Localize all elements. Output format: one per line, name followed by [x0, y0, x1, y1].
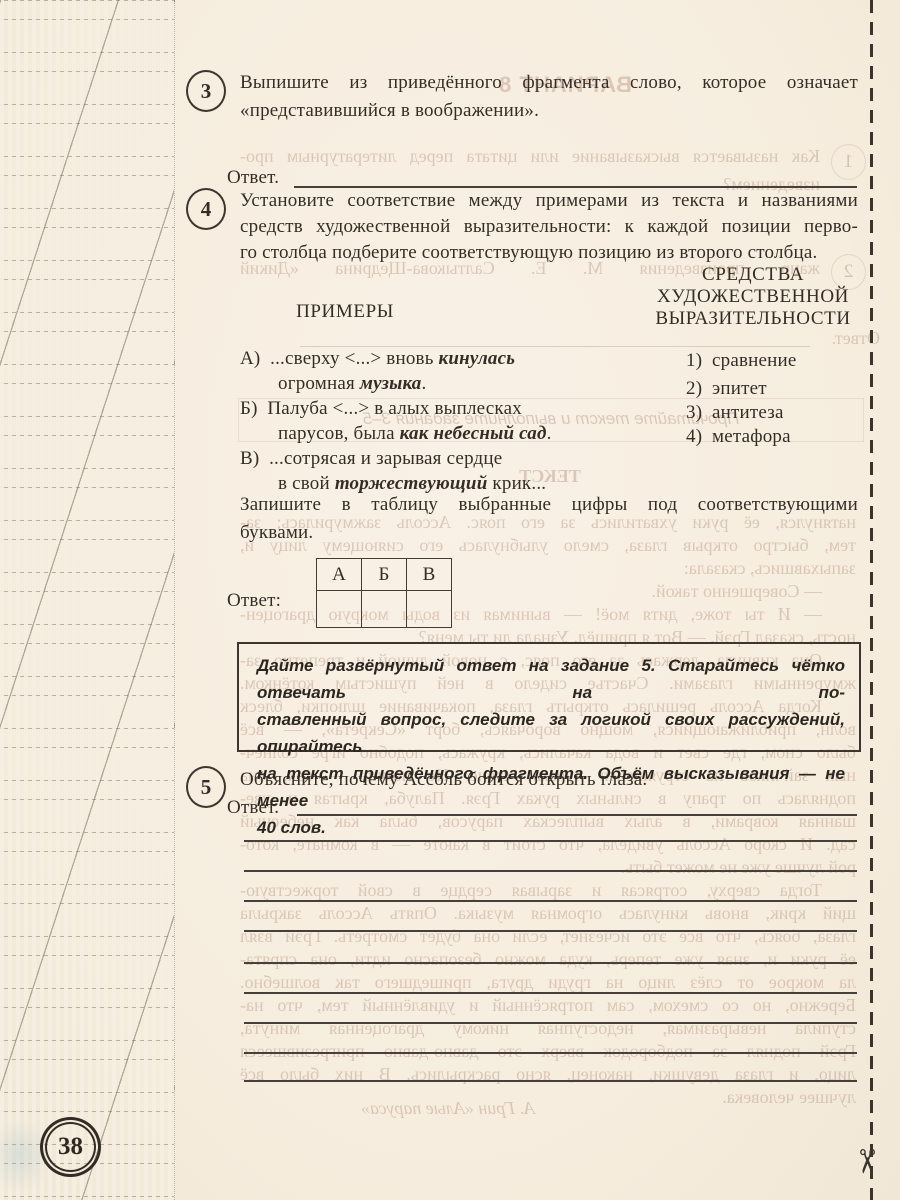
task-5-text: Объясните, почему Ассоль боится открыть … [240, 769, 858, 790]
task-4-instruction-line: буквами. [240, 522, 313, 543]
answer-table-header-cell: В [407, 559, 452, 591]
example-line: в свой торжествующий крик... [278, 473, 678, 494]
note-line: ставленный вопрос, следите за логикой св… [257, 706, 845, 760]
example-line: огромная музыка. [278, 373, 678, 394]
workbook-page: ВАРИАНТ 8 Как называется высказывание ил… [0, 0, 900, 1200]
task-5-answer-blank [297, 814, 857, 816]
task-4-text-line: го столбца подберите соответствующую поз… [240, 242, 858, 263]
task-number: 4 [201, 197, 212, 222]
task-4-answer-label: Ответ: [227, 590, 281, 611]
answer-blank-line [244, 1022, 857, 1024]
option-number: 2) [686, 378, 712, 399]
bleed-text-line: лучшее человека. [240, 1087, 856, 1107]
option-label: антитеза [712, 402, 784, 423]
task-5-number-circle: 5 [186, 766, 226, 808]
option-label: метафора [712, 426, 791, 447]
task-4-number-circle: 4 [186, 188, 226, 230]
example-line: Б) Палуба <...> в алых выплесках [240, 398, 640, 419]
task-number: 3 [201, 79, 212, 104]
bleed-text-line: ла мокрое от слёз лицо на груди друга, п… [240, 972, 856, 992]
answer-blank-line [244, 840, 857, 842]
answer-table-header-cell: Б [362, 559, 407, 591]
answer-blank-line [244, 992, 857, 994]
bleed-text-line: тем, быстро открыв глаза, смело улыбнула… [240, 535, 856, 555]
answer-table-header-row: АБВ [317, 559, 452, 591]
scissors-icon: ✂ [847, 1148, 886, 1176]
option-number: 1) [686, 350, 712, 371]
answer-table-header-cell: А [317, 559, 362, 591]
bleed-signature: А. Грин «Алые паруса» [335, 1098, 535, 1119]
bleed-text-line: щий крик, вновь кинулась огромная музыка… [240, 903, 856, 923]
note-line: 40 слов. [257, 814, 845, 841]
task-5-note-box: Дайте развёрнутый ответ на задание 5. Ст… [237, 642, 861, 752]
example-letter: А) [240, 348, 270, 369]
example-line: В) ...сотрясая и зарывая сердце [240, 448, 640, 469]
answer-table-empty-cell [407, 591, 452, 628]
note-line: Дайте развёрнутый ответ на задание 5. Ст… [257, 652, 845, 706]
bleed-text-line: Бережно, но со смехом, сам потрясённый и… [240, 995, 856, 1015]
option-item: 3)антитеза [686, 402, 856, 423]
option-item: 2)эпитет [686, 378, 856, 399]
task-3-answer-label: Ответ. [227, 167, 279, 188]
task-4-answer-table: АБВ [316, 558, 452, 628]
answer-blank-line [244, 870, 857, 872]
task-4-text-line: средств художественной выразительности: … [240, 216, 858, 237]
example-line: А) ...сверху <...> вновь кинулась [240, 348, 640, 369]
column-header-devices: СРЕДСТВА ХУДОЖЕСТВЕННОЙ ВЫРАЗИТЕЛЬНОСТИ [640, 264, 866, 330]
answer-blank-line [244, 1052, 857, 1054]
bleed-text-line: рой лучше уже не может быть. [240, 857, 856, 877]
example-line: парусов, была как небесный сад. [278, 423, 678, 444]
example-letter: Б) [240, 398, 267, 419]
answer-table-input-row [317, 591, 452, 628]
answer-blank-line [244, 930, 857, 932]
task-3-text-line: «представившийся в воображении». [240, 100, 858, 121]
task-4-text-line: Установите соответствие между примерами … [240, 190, 858, 211]
bleed-text-line: её руки и, зная уже теперь, куда можно б… [240, 949, 856, 969]
margin-hatch-pattern [0, 0, 175, 1200]
task-3-number-circle: 3 [186, 70, 226, 112]
page-number: 38 [58, 1133, 83, 1161]
option-label: сравнение [712, 350, 797, 371]
bleed-text-line: натянулся, её руки ухватились за его поя… [240, 512, 856, 532]
answer-table-empty-cell [317, 591, 362, 628]
bleed-text-line: глаза, боясь, что всё это исчезнет, если… [240, 926, 856, 946]
option-item: 1)сравнение [686, 350, 856, 371]
bleed-text-line: Грэй поднял за подбородок вверх это давн… [240, 1041, 856, 1061]
bleed-text-line: ступила невыразимая, недоступная никому … [240, 1018, 856, 1038]
bleed-text-line: Тогда сверху, сотрясая и зарывая сердце … [240, 880, 856, 900]
task-4-instruction-line: Запишите в таблицу выбранные цифры под с… [240, 494, 858, 515]
answer-blank-line [244, 900, 857, 902]
cut-dashed-line [870, 0, 873, 1200]
answer-blank-line [244, 962, 857, 964]
option-item: 4)метафора [686, 426, 856, 447]
answer-blank-line [244, 1080, 857, 1082]
answer-table-empty-cell [362, 591, 407, 628]
example-letter: В) [240, 448, 269, 469]
task-3-answer-blank [294, 186, 857, 188]
page-number-badge: 38 [40, 1117, 101, 1177]
column-header-examples: ПРИМЕРЫ [288, 301, 402, 322]
option-label: эпитет [712, 378, 767, 399]
task-5-answer-label: Ответ. [227, 797, 279, 818]
task-number: 5 [201, 775, 212, 800]
option-number: 4) [686, 426, 712, 447]
option-number: 3) [686, 402, 712, 423]
task-3-text-line: Выпишите из приведённого фрагмента слово… [240, 72, 858, 93]
